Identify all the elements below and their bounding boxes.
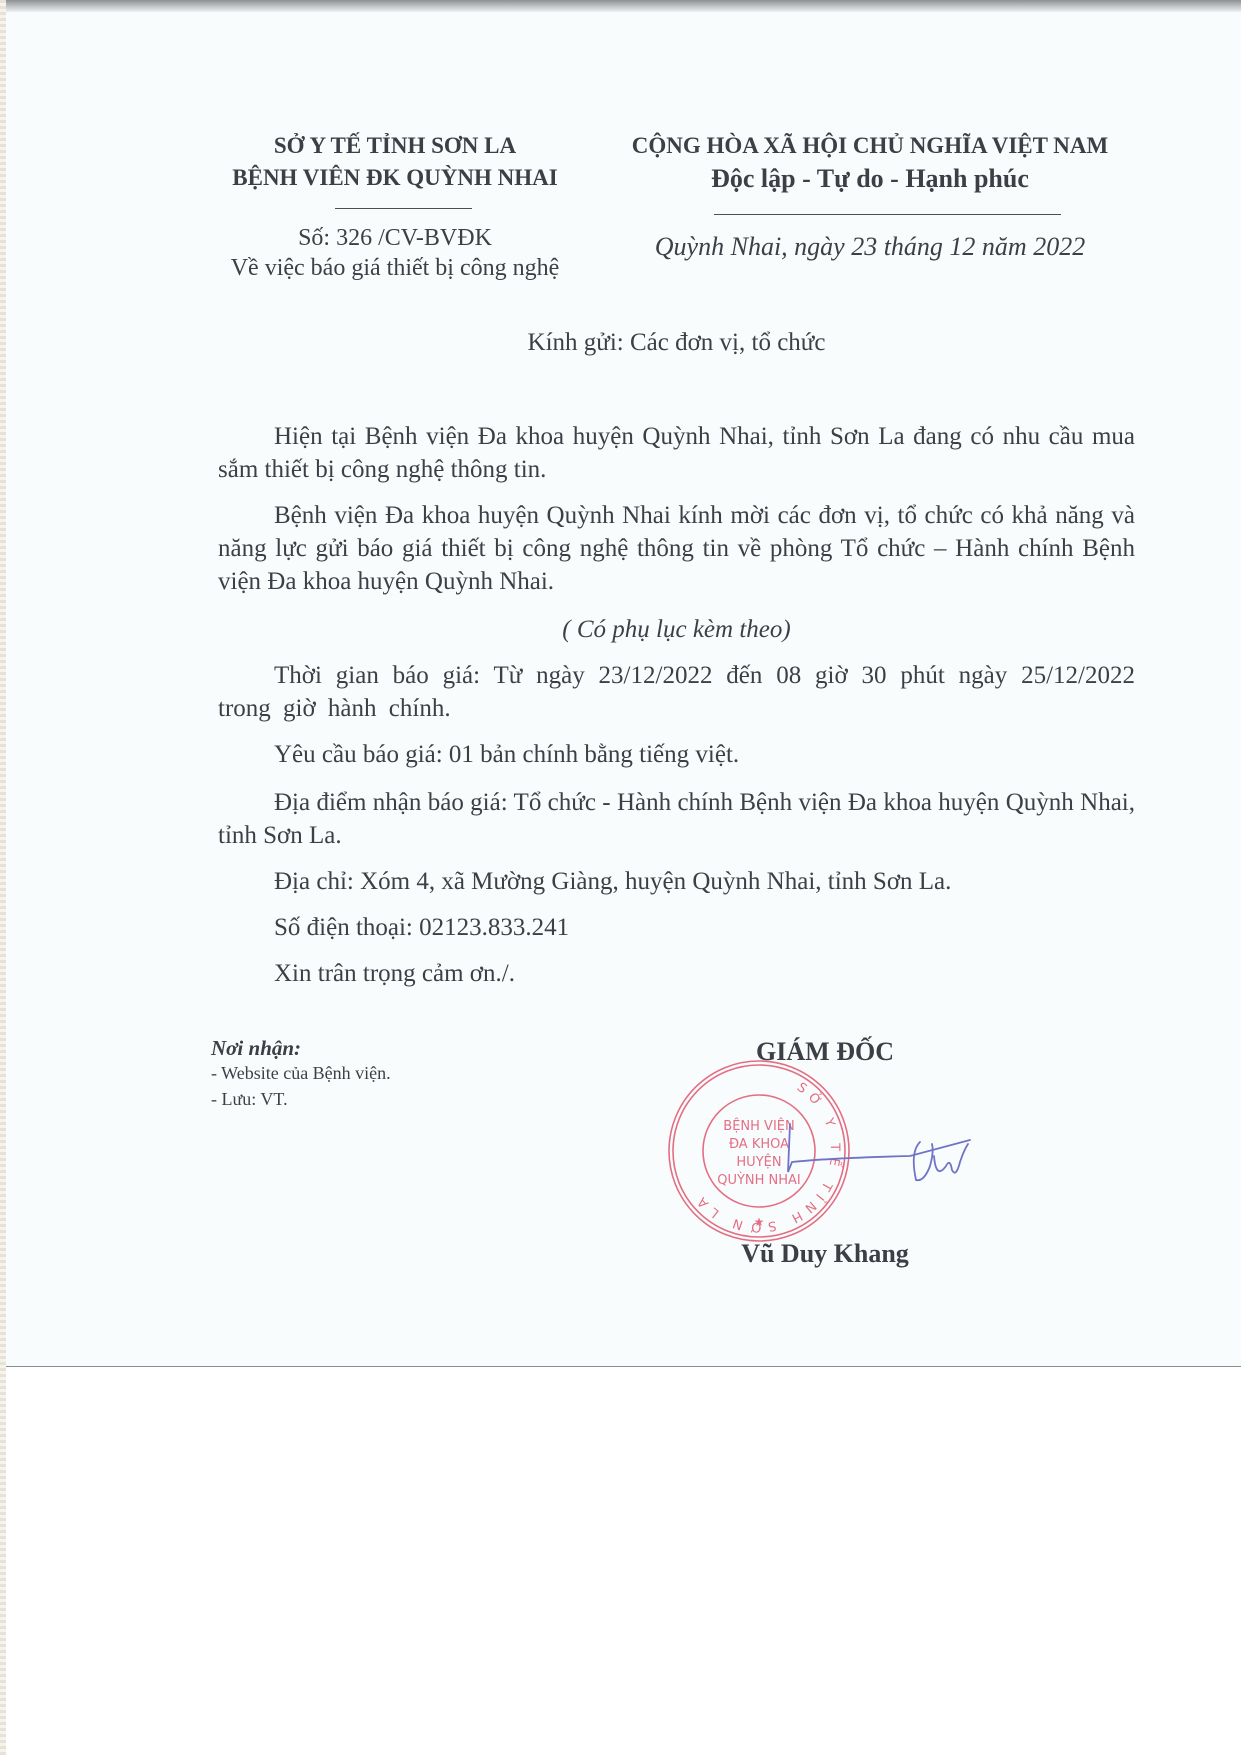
body-paragraph-5: Địa điểm nhận báo giá: Tổ chức - Hành ch… <box>218 786 1135 852</box>
header-left-rule <box>335 208 472 209</box>
scanner-top-edge <box>0 0 1241 12</box>
body-paragraph-1: Hiện tại Bệnh viện Đa khoa huyện Quỳnh N… <box>218 420 1135 486</box>
signer-name: Vũ Duy Khang <box>700 1238 950 1270</box>
body-paragraph-4: Yêu cầu báo giá: 01 bản chính bằng tiếng… <box>218 738 1135 771</box>
recipients-title: Nơi nhận: <box>211 1036 301 1060</box>
scanner-left-edge <box>0 0 6 1755</box>
body-paragraph-2: Bệnh viện Đa khoa huyện Quỳnh Nhai kính … <box>218 499 1135 598</box>
document-number: Số: 326 /CV-BVĐK <box>200 224 590 252</box>
signature-mark <box>760 1122 990 1202</box>
hospital-name: BỆNH VIÊN ĐK QUỲNH NHAI <box>200 163 590 193</box>
place-date: Quỳnh Nhai, ngày 23 tháng 12 năm 2022 <box>610 231 1130 263</box>
recipients-item: - Website của Bệnh viện. <box>211 1062 391 1084</box>
stamp-star-icon: ★ <box>754 1215 765 1229</box>
nation-title: CỘNG HÒA XÃ HỘI CHỦ NGHĨA VIỆT NAM <box>610 131 1130 161</box>
body-paragraph-7: Số điện thoại: 02123.833.241 <box>218 911 1135 944</box>
body-paragraph-8: Xin trân trọng cảm ơn./. <box>218 957 1135 990</box>
header-right-rule <box>714 214 1061 215</box>
national-motto: Độc lập - Tự do - Hạnh phúc <box>610 163 1130 195</box>
recipient-line: Kính gửi: Các đơn vị, tổ chức <box>218 326 1135 359</box>
body-paragraph-3: Thời gian báo giá: Từ ngày 23/12/2022 đế… <box>218 659 1135 725</box>
body-paragraph-6: Địa chỉ: Xóm 4, xã Mường Giàng, huyện Qu… <box>218 865 1135 898</box>
document-subject: Về việc báo giá thiết bị công nghệ <box>200 254 590 282</box>
recipients-item: - Lưu: VT. <box>211 1088 288 1110</box>
appendix-note: ( Có phụ lục kèm theo) <box>218 613 1135 646</box>
agency-name: SỞ Y TẾ TỈNH SƠN LA <box>200 131 590 161</box>
